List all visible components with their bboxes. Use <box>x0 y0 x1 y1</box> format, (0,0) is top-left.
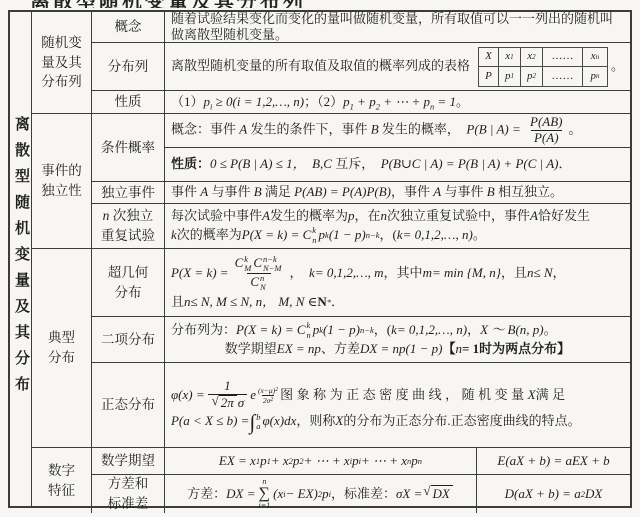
formula-part: P(X = k) = C <box>236 322 306 339</box>
formula-part: A <box>200 184 208 199</box>
formula-part: n <box>260 274 264 283</box>
formula-part: 分布列为： <box>171 322 236 339</box>
formula-part: σX = <box>396 486 422 503</box>
formula-part: B <box>254 184 262 199</box>
formula-variance: 方差：DX = n∑i=1(xi − EX)2 pi，标准差：σX = √DX <box>165 475 476 513</box>
formula-part: + ⋯ + <box>380 94 424 109</box>
formula-part: DX <box>585 486 602 503</box>
formula-part: 互斥， <box>335 156 381 171</box>
formula-part: k <box>244 255 248 264</box>
sublabel-distribution-list: 分布列 <box>92 43 165 90</box>
formula-part: kM <box>244 255 251 273</box>
row-n-repeated-trials: n 次独立重复试验 每次试验中事件 A 发生的概率为 p，在 n 次独立重复试验… <box>92 203 630 248</box>
formula-line: P(a < X ≤ b) = ∫baφ(x)dx，则称 X 的分布为正态分布.正… <box>169 412 626 432</box>
formula-part: √ <box>423 484 430 498</box>
formula-part: 且 <box>171 294 184 311</box>
formula-part: 量及其 <box>41 55 82 70</box>
group-event-independence: 事件的独立性 条件概率 概念：事件 A 发生的条件下，事件 B 发生的概率， P… <box>32 113 630 248</box>
formula-part: p <box>260 453 267 470</box>
distribution-suffix: 。 <box>611 58 624 75</box>
group-typical-distributions: 典型分布 超几何分布 P(X = k) = CkMCn−kN−MCnN， k =… <box>32 248 630 447</box>
formula-part: ；（2） <box>304 94 343 109</box>
formula-part: 典型 <box>48 330 75 345</box>
formula-part: = 1 <box>434 94 456 109</box>
formula-part: n−kN−M <box>263 255 282 273</box>
formula-part: 重复试验 <box>101 228 155 243</box>
formula-part: n∑i=1 <box>259 478 271 510</box>
formula-part: ∑ <box>259 486 270 502</box>
formula-part: nN <box>260 274 266 292</box>
formula-line: k 次的概率为 P(X = k) = Cknpk(1 − p)n−k，(k = … <box>169 225 626 245</box>
group-label-cell: 数字特征 <box>32 448 92 513</box>
row-independent-events: 独立事件 事件 A 与事件 B 满足 P(AB) = P(A)P(B)，事件 A… <box>92 181 630 203</box>
formula-part: 独立性 <box>41 183 82 198</box>
formula-part: 次独立 <box>109 208 153 223</box>
cell-hypergeometric: P(X = k) = CkMCn−kN−MCnN， k = 0,1,2,…, m… <box>165 249 630 316</box>
formula-part: 。 <box>456 94 469 109</box>
formula-part: 独立事件 <box>101 185 155 200</box>
formula-part: ≤ N, M ≤ N, n， M, N ∈ <box>190 294 317 311</box>
formula-part: 2π <box>221 395 234 410</box>
row-conditional-probability: 条件概率 概念：事件 A 发生的条件下，事件 B 发生的概率， P(B | A)… <box>92 114 630 181</box>
formula-part: 分布 <box>48 350 75 365</box>
summary-table: 离散型随机变量及其分布 随机变量及其分布列 概念 随着试验结果变化而变化的量叫做… <box>8 10 632 508</box>
formula-part: 正态分布 <box>101 397 155 412</box>
truncated-title: 离散型随机变量及其分布列 <box>30 0 350 8</box>
cell-variance: 方差：DX = n∑i=1(xi − EX)2 pi，标准差：σX = √DX … <box>165 475 630 513</box>
formula-part: N <box>317 294 326 311</box>
formula-part: b <box>256 413 260 422</box>
formula-part: 条件概率 <box>101 140 155 155</box>
formula-part: ba <box>256 413 260 431</box>
formula-part: (x <box>273 486 283 503</box>
formula-part: (x−μ)2 <box>257 386 279 395</box>
formula-part: CkMCn−kN−M <box>232 255 287 273</box>
formula-part: 1 <box>224 379 231 394</box>
formula-variance-linear: D(aX + b) = a2DX <box>476 475 630 513</box>
group-rows: 超几何分布 P(X = k) = CkMCn−kN−MCnN， k = 0,1,… <box>92 249 630 447</box>
formula-part: 1 <box>221 379 234 394</box>
sublabel-hypergeometric: 超几何分布 <box>92 249 165 316</box>
formula-part: X <box>485 49 492 63</box>
group-label-cell: 典型分布 <box>32 249 92 447</box>
formula-part: 二项分布 <box>101 332 155 347</box>
formula-part: ，事件 <box>391 184 433 199</box>
formula-part: ． <box>559 156 572 171</box>
formula-expectation: EX = x1p1 + x2p2 + ⋯ + xipi + ⋯ + xnpn <box>165 448 476 474</box>
formula-part: σ <box>238 396 244 411</box>
formula-part: n <box>312 236 316 245</box>
sublabel-independent-events: 独立事件 <box>92 182 165 203</box>
sublabel-expectation: 数学期望 <box>92 448 165 474</box>
formula-part: CnN <box>247 273 270 292</box>
formula-line: P(X = k) = CkMCn−kN−MCnN， k = 0,1,2,…, m… <box>169 254 626 293</box>
truncated-title-text: 离散型随机变量及其分布列 <box>30 0 350 8</box>
sublabel-n-repeated-trials: n 次独立重复试验 <box>92 204 165 248</box>
formula-line: 数学期望 EX = np、方差 DX = np(1 − p)【n = 1时为两点… <box>169 340 626 359</box>
formula-part: N <box>260 283 266 292</box>
formula-part: 概念：事件 <box>171 121 239 136</box>
formula-part: 次独立重复试验中，事件 <box>387 208 530 225</box>
cell-binomial: 分布列为：P(X = k) = Cknpk(1 − p)n−k，(k = 0,1… <box>165 317 630 362</box>
formula-part: p <box>352 453 359 470</box>
sublabel-concept: 概念 <box>92 12 165 42</box>
row-concept: 概念 随着试验结果变化而变化的量叫做随机变量，所有取值可以一一列出的随机叫做离散… <box>92 12 630 42</box>
cell-properties: （1）pi ≥ 0(i = 1,2,…, n)；（2）p1 + p2 + ⋯ +… <box>165 91 630 113</box>
formula-conditional-concept: 概念：事件 A 发生的条件下，事件 B 发生的概率， P(B | A) = P(… <box>171 115 582 146</box>
formula-line: 每次试验中事件 A 发生的概率为 p，在 n 次独立重复试验中，事件 A 恰好发… <box>169 207 626 226</box>
formula-part: ，在 <box>354 208 380 225</box>
formula-part: …… <box>551 49 573 63</box>
formula-part: i=1 <box>259 502 271 510</box>
formula-part: √2π <box>212 395 237 411</box>
formula-part: P(B | A) = <box>466 121 524 136</box>
formula-part: E(aX + b) = aEX + b <box>497 453 609 470</box>
formula-part: 数学期望 <box>101 453 155 468</box>
formula-part: C <box>250 275 259 290</box>
group-label-cell: 事件的独立性 <box>32 114 92 248</box>
formula-part: p <box>322 486 329 503</box>
formula-part: DX = <box>226 486 255 503</box>
distribution-text: 离散型随机变量的所有取值及取值的概率列成的表格 <box>171 58 470 75</box>
formula-part: ，其中 <box>384 265 423 282</box>
formula-part: C <box>253 256 262 271</box>
cell-conditional-properties: 性质：0 ≤ P(B | A) ≤ 1， B,C 互斥， P(B∪C | A) … <box>165 147 630 181</box>
mini-cell: P <box>479 67 499 86</box>
formula-part: 【 <box>443 341 456 358</box>
formula-part: 2σ2 <box>262 395 274 405</box>
formula-part: 0 ≤ P(B | A) ≤ 1， B,C <box>210 156 335 171</box>
formula-part: 发生的概率为 <box>270 208 348 225</box>
formula-part: C <box>235 256 244 271</box>
cell-expectation: EX = x1p1 + x2p2 + ⋯ + xipi + ⋯ + xnpn E… <box>165 448 630 474</box>
formula-part: φ(x) = <box>171 387 205 404</box>
formula-part: n−k <box>263 255 277 264</box>
formula-part: DX <box>433 486 450 501</box>
group-rows: 数学期望 EX = x1p1 + x2p2 + ⋯ + xipi + ⋯ + x… <box>92 448 630 513</box>
group-numeric-features: 数字特征 数学期望 EX = x1p1 + x2p2 + ⋯ + xipi + … <box>32 447 630 513</box>
formula-part: 概念 <box>114 19 141 34</box>
formula-part: ， <box>290 265 310 282</box>
conditional-probability-cells: 概念：事件 A 发生的条件下，事件 B 发生的概率， P(B | A) = P(… <box>165 114 630 181</box>
mini-cell: …… <box>543 48 583 67</box>
row-normal-distribution: 正态分布 φ(x) = 1√2πσe(x−μ)22σ2 图象称为正态密度曲线，随… <box>92 362 630 447</box>
formula-part: 。 <box>569 121 582 136</box>
formula-part: DX = np(1 − p) <box>360 341 443 358</box>
formula-part: 每次试验中事件 <box>171 208 262 225</box>
concept-text: 随着试验结果变化而变化的量叫做随机变量，所有取值可以一一列出的随机叫做离散型随机… <box>171 11 624 44</box>
formula-part: √ <box>212 394 219 408</box>
formula-part: P(A) <box>534 131 559 146</box>
formula-part: EX = x <box>219 453 256 470</box>
row-variance: 方差和标准差 方差：DX = n∑i=1(xi − EX)2 pi，标准差：σX… <box>92 474 630 513</box>
formula-part: kn <box>312 226 316 244</box>
formula-part: 满足 <box>536 387 569 404</box>
formula-part: 分布列 <box>108 59 149 74</box>
formula-part: 数字 <box>48 463 75 478</box>
formula-part: = 1时为两点分布】 <box>462 341 570 358</box>
formula-part: P(X = k) = <box>171 265 229 282</box>
formula-part: P(B∪C | A) = P(B | A) + P(C | A) <box>381 156 559 171</box>
mini-cell: p2 <box>521 67 543 86</box>
formula-part: ． <box>331 294 344 311</box>
formula-part: ，( <box>380 227 397 244</box>
formula-part: 特征 <box>48 483 75 498</box>
formula-independent-events: 事件 A 与事件 B 满足 P(AB) = P(A)P(B)，事件 A 与事件 … <box>171 184 563 201</box>
formula-part: = 0,1,2,…, m <box>315 265 384 282</box>
formula-part: P <box>485 69 492 83</box>
formula-part: 性质 <box>114 94 141 109</box>
group-label: 典型分布 <box>48 328 75 367</box>
scanned-summary-page: 离散型随机变量及其分布列 离散型随机变量及其分布 随机变量及其分布列 概念 随着… <box>0 0 640 517</box>
formula-part: 分布 <box>114 285 141 300</box>
formula-part: DX <box>431 485 453 503</box>
formula-part: + x <box>271 453 289 470</box>
formula-part: B <box>371 121 379 136</box>
formula-part: （1） <box>171 94 204 109</box>
group-label: 事件的独立性 <box>41 161 82 200</box>
formula-part: 方差和 <box>108 476 149 491</box>
formula-part: 随机变 <box>41 35 82 50</box>
formula-part: + ⋯ + x <box>304 453 350 470</box>
formula-properties: （1）pi ≥ 0(i = 1,2,…, n)；（2）p1 + p2 + ⋯ +… <box>171 94 469 111</box>
group-rows: 概念 随着试验结果变化而变化的量叫做随机变量，所有取值可以一一列出的随机叫做离散… <box>92 12 630 113</box>
formula-part: CkMCn−kN−MCnN <box>232 255 287 292</box>
formula-part: P(AB)P(A) <box>527 115 565 146</box>
formula-part: = 0,1,2,…, n <box>403 227 469 244</box>
formula-part: 满足 <box>262 184 295 199</box>
formula-line: 分布列为：P(X = k) = Cknpk(1 − p)n−k，(k = 0,1… <box>169 320 626 340</box>
formula-part: − EX) <box>286 486 318 503</box>
cell-concept: 随着试验结果变化而变化的量叫做随机变量，所有取值可以一一列出的随机叫做离散型随机… <box>165 12 630 42</box>
formula-part: 1√2πσ <box>208 379 248 411</box>
formula-part: P(AB) <box>527 115 565 130</box>
mini-cell: x1 <box>499 48 521 67</box>
formula-part: (1 − p) <box>323 322 360 339</box>
formula-part: n <box>307 331 311 340</box>
formula-part: X ～ B(n, p) <box>480 322 544 339</box>
formula-part: ≤ N <box>533 265 552 282</box>
group-label-cell: 随机变量及其分布列 <box>32 12 92 113</box>
group-rows: 条件概率 概念：事件 A 发生的条件下，事件 B 发生的概率， P(B | A)… <box>92 114 630 248</box>
formula-part: 次的概率为 <box>177 227 242 244</box>
formula-line: φ(x) = 1√2πσe(x−μ)22σ2 图象称为正态密度曲线，随机变量 X… <box>169 378 626 412</box>
mini-cell: pn <box>583 67 607 86</box>
formula-part: P(AB) <box>530 115 562 130</box>
formula-part: 图象称为正态密度曲线，随机变量 <box>280 387 528 404</box>
formula-line: 且 n ≤ N, M ≤ N, n， M, N ∈ N*． <box>169 293 626 312</box>
formula-part: X <box>335 413 343 430</box>
formula-part: EX = np <box>277 341 321 358</box>
formula-part: + ⋯ + x <box>361 453 407 470</box>
formula-part: (1 − p) <box>329 227 366 244</box>
formula-part: (x−μ)22σ2 <box>257 386 279 405</box>
formula-part: 超几何 <box>108 265 149 280</box>
formula-part: M <box>244 264 251 273</box>
formula-part: ，且 <box>501 265 527 282</box>
formula-part: …… <box>551 69 573 83</box>
formula-part: 方差： <box>187 486 226 503</box>
formula-part: ，则称 <box>296 413 335 430</box>
formula-part: kn <box>307 321 311 339</box>
row-properties: 性质 （1）pi ≥ 0(i = 1,2,…, n)；（2）p1 + p2 + … <box>92 90 630 113</box>
formula-part: = min {M, n} <box>432 265 501 282</box>
distribution-mini-table: X x1 x2 …… xn P p1 p2 …… pn <box>478 47 608 87</box>
sublabel-normal-distribution: 正态分布 <box>92 363 165 447</box>
mini-cell: xn <box>583 48 607 67</box>
row-distribution-list: 分布列 离散型随机变量的所有取值及取值的概率列成的表格 X x1 x2 …… x… <box>92 42 630 90</box>
formula-part: P(AB) = P(A)P(B) <box>294 184 391 199</box>
formula-part: 标准差 <box>108 496 149 511</box>
formula-part: + <box>354 94 369 109</box>
formula-part: m <box>423 265 432 282</box>
formula-part: A <box>530 208 538 225</box>
formula-part: 发生的条件下，事件 <box>247 121 371 136</box>
formula-part: 事件的 <box>41 163 82 178</box>
formula-expectation-linear: E(aX + b) = aEX + b <box>476 448 630 474</box>
table-body: 随机变量及其分布列 概念 随着试验结果变化而变化的量叫做随机变量，所有取值可以一… <box>32 12 630 506</box>
cell-normal-distribution: φ(x) = 1√2πσe(x−μ)22σ2 图象称为正态密度曲线，随机变量 X… <box>165 363 630 447</box>
formula-part: 发生的概率， <box>379 121 467 136</box>
main-row-header: 离散型随机变量及其分布 <box>10 12 32 506</box>
row-expectation: 数学期望 EX = x1p1 + x2p2 + ⋯ + xipi + ⋯ + x… <box>92 448 630 474</box>
formula-part: = 1,2,…, n <box>240 94 299 109</box>
sublabel-properties: 性质 <box>92 91 165 113</box>
formula-part: 的分布为正态分布.正态密度曲线的特点。 <box>343 413 580 430</box>
formula-part: k <box>312 226 316 235</box>
formula-part: B <box>487 184 495 199</box>
formula-part: N−M <box>263 264 282 273</box>
formula-part: p <box>411 453 418 470</box>
formula-part: (x−μ) <box>258 386 275 395</box>
formula-part: 事件 <box>171 184 200 199</box>
formula-part: φ(x)dx <box>262 413 296 430</box>
mini-cell: X <box>479 48 499 67</box>
formula-part: ， <box>467 322 480 339</box>
formula-part: D(aX + b) = a <box>505 486 581 503</box>
formula-part: 与事件 <box>208 184 254 199</box>
mini-cell: …… <box>543 67 583 86</box>
formula-part: ≥ 0( <box>212 94 236 109</box>
formula-part: X <box>528 387 536 404</box>
formula-part: 。 <box>544 322 557 339</box>
formula-part: P(a < X ≤ b) = <box>171 413 249 430</box>
sublabel-conditional-probability: 条件概率 <box>92 114 165 181</box>
mini-cell: x2 <box>521 48 543 67</box>
formula-part: P(A) <box>531 130 562 146</box>
formula-part: 2σ <box>263 396 270 405</box>
formula-part: x <box>591 49 596 63</box>
formula-part: = 0,1,2,…, n <box>397 322 463 339</box>
sublabel-binomial: 二项分布 <box>92 317 165 362</box>
formula-part: a <box>256 422 260 431</box>
formula-part: √DX <box>423 485 452 503</box>
cell-n-repeated-trials: 每次试验中事件 A 发生的概率为 p，在 n 次独立重复试验中，事件 A 恰好发… <box>165 204 630 248</box>
formula-part: 与事件 <box>441 184 487 199</box>
formula-conditional-properties: 性质：0 ≤ P(B | A) ≤ 1， B,C 互斥， P(B∪C | A) … <box>171 156 572 173</box>
formula-part: 恰好发生 <box>538 208 590 225</box>
formula-part: (x−μ)22σ2 <box>256 386 280 405</box>
formula-part: k <box>307 321 311 330</box>
row-hypergeometric: 超几何分布 P(X = k) = CkMCn−kN−MCnN， k = 0,1,… <box>92 249 630 316</box>
mini-cell: p1 <box>499 67 521 86</box>
cell-distribution-list: 离散型随机变量的所有取值及取值的概率列成的表格 X x1 x2 …… xn P … <box>165 43 630 90</box>
formula-part: 2π <box>219 395 237 411</box>
formula-part: A <box>239 121 247 136</box>
formula-part: √2πσ <box>208 394 248 411</box>
group-label: 随机变量及其分布列 <box>41 33 82 92</box>
formula-part: A <box>262 208 270 225</box>
formula-part: ，标准差： <box>331 486 396 503</box>
formula-part: P(X = k) = C <box>242 227 312 244</box>
formula-part: 、方差 <box>321 341 360 358</box>
row-binomial: 二项分布 分布列为：P(X = k) = Cknpk(1 − p)n−k，(k … <box>92 316 630 362</box>
main-row-header-text: 离散型随机变量及其分布 <box>13 116 28 402</box>
formula-part: 相互独立。 <box>495 184 563 199</box>
formula-part: 数学期望 <box>225 341 277 358</box>
formula-part: 。 <box>473 227 486 244</box>
formula-part: 性质： <box>171 156 210 171</box>
formula-part: 分布列 <box>41 74 82 89</box>
cell-conditional-concept: 概念：事件 A 发生的条件下，事件 B 发生的概率， P(B | A) = P(… <box>165 114 630 147</box>
cell-independent-events: 事件 A 与事件 B 满足 P(AB) = P(A)P(B)，事件 A 与事件 … <box>165 182 630 203</box>
group-label: 数字特征 <box>48 461 75 500</box>
sublabel-variance: 方差和标准差 <box>92 475 165 513</box>
group-random-variable-distribution: 随机变量及其分布列 概念 随着试验结果变化而变化的量叫做随机变量，所有取值可以一… <box>32 12 630 113</box>
formula-part: ， <box>553 265 566 282</box>
formula-part: ，( <box>374 322 391 339</box>
